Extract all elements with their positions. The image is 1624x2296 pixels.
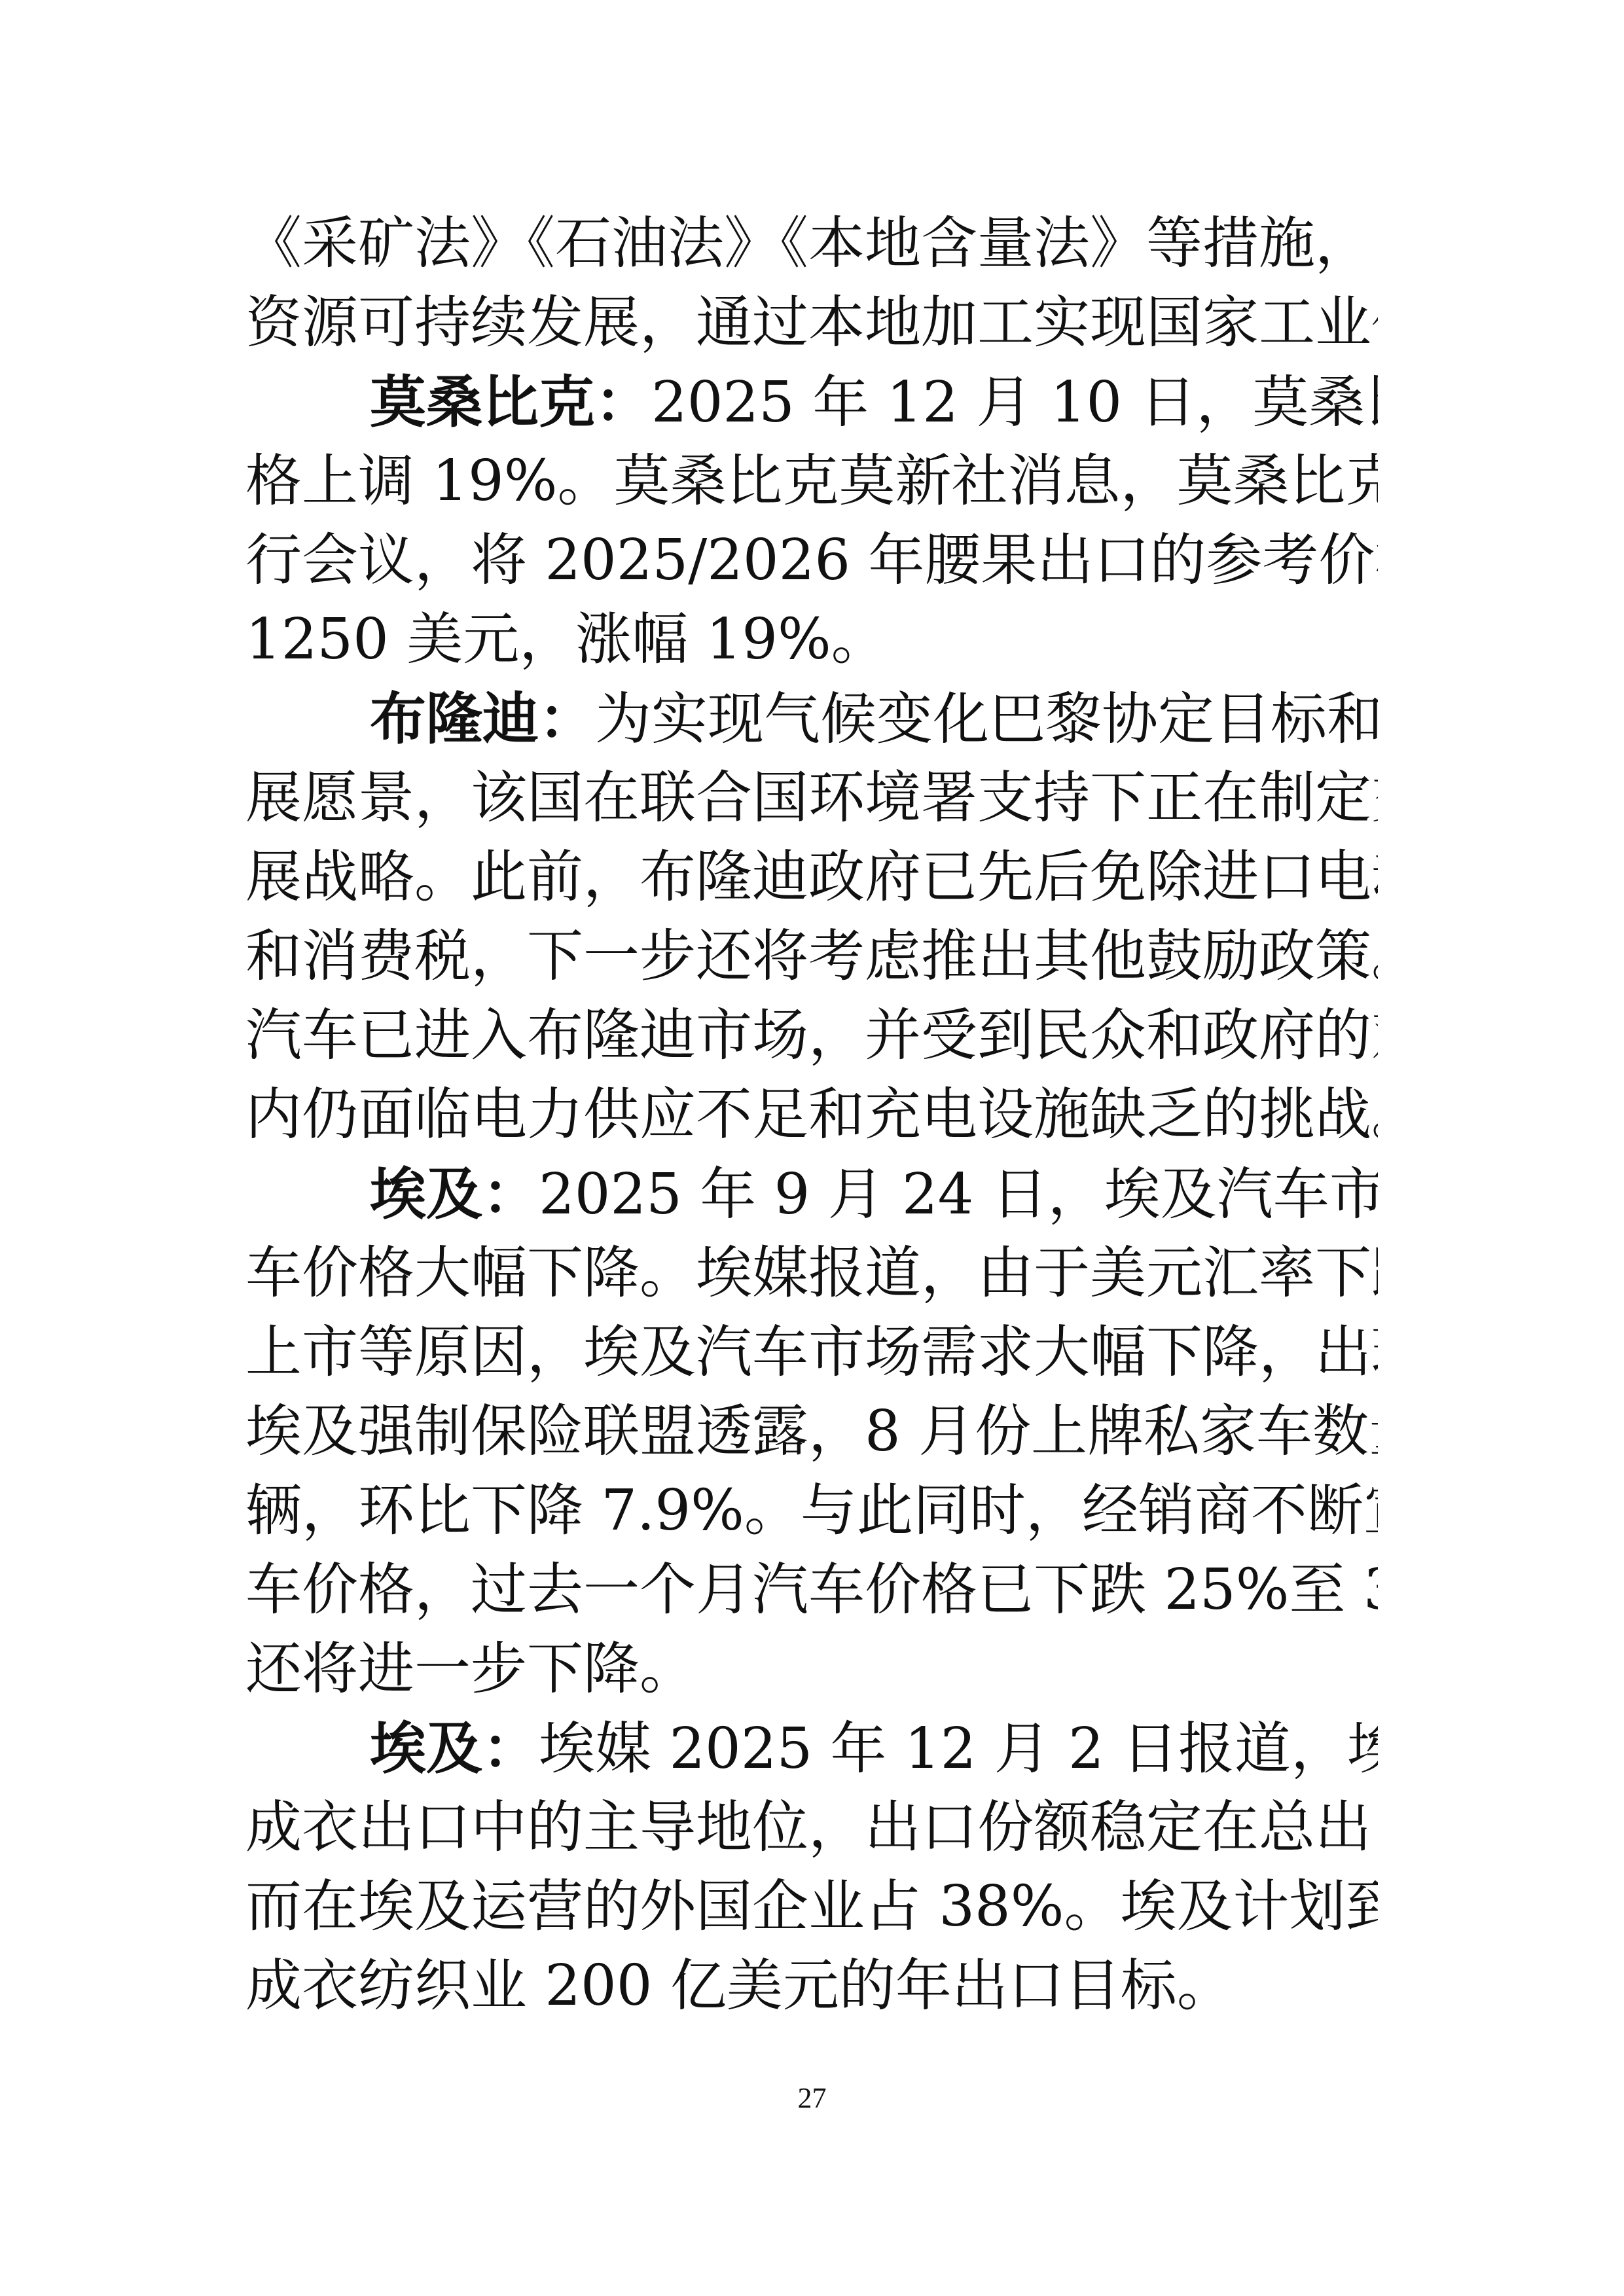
text-line: 而在埃及运营的外国企业占 38%。埃及计划到 2030 年实现 — [245, 1867, 1378, 1946]
document-page: 《采矿法》《石油法》《本地含量法》等措施，以实现自然 资源可持续发展，通过本地加… — [245, 204, 1378, 2026]
text-line: 展战略。此前，布隆迪政府已先后免除进口电动汽车增值税 — [245, 838, 1378, 917]
text-line: 布隆迪：为实现气候变化巴黎协定目标和布隆迪国家发 — [245, 679, 1378, 759]
paragraph-burundi: 布隆迪：为实现气候变化巴黎协定目标和布隆迪国家发 展愿景，该国在联合国环境署支持… — [245, 679, 1378, 1155]
country-label: 布隆迪： — [370, 686, 595, 752]
paragraph-mozambique: 莫桑比克：2025 年 12 月 10 日，莫桑比克将腰果出口价 格上调 19%… — [245, 363, 1378, 679]
text-line: 埃及强制保险联盟透露，8 月份上牌私家车数量达到 19550 — [245, 1392, 1378, 1471]
text-span: 埃媒 2025 年 12 月 2 日报道，埃及本土企业占据 — [539, 1716, 1378, 1782]
text-line: 展愿景，该国在联合国环境署支持下正在制定交通电动化发 — [245, 759, 1378, 838]
paragraph-egypt-garments: 埃及：埃媒 2025 年 12 月 2 日报道，埃及本土企业占据 成衣出口中的主… — [245, 1709, 1378, 2026]
text-line: 辆，环比下降 7.9%。与此同时，经销商不断宣布大幅降低新 — [245, 1471, 1378, 1551]
text-line: 上市等原因，埃及汽车市场需求大幅下降，出现供应过剩。 — [245, 1313, 1378, 1392]
text-line: 还将进一步下降。 — [245, 1630, 1378, 1709]
text-line: 车价格大幅下降。埃媒报道，由于美元汇率下跌、新车不断 — [245, 1234, 1378, 1313]
text-span: 为实现气候变化巴黎协定目标和布隆迪国家发 — [595, 687, 1378, 752]
text-line: 埃及：2025 年 9 月 24 日，埃及汽车市场出现衰退，汽 — [245, 1155, 1378, 1234]
text-line: 汽车已进入布隆迪市场，并受到民众和政府的欢迎，但短期 — [245, 996, 1378, 1075]
text-span: 2025 年 9 月 24 日，埃及汽车市场出现衰退，汽 — [539, 1162, 1378, 1227]
text-line: 格上调 19%。莫桑比克莫新社消息，莫桑比克油籽委员会举 — [245, 442, 1378, 521]
text-line: 行会议，将 2025/2026 年腰果出口的参考价格上调至每吨 — [245, 521, 1378, 600]
country-label: 埃及： — [370, 1161, 539, 1227]
text-line: 《采矿法》《石油法》《本地含量法》等措施，以实现自然 — [245, 204, 1378, 283]
text-line: 成衣纺织业 200 亿美元的年出口目标。 — [245, 1946, 1378, 2026]
text-line: 车价格，过去一个月汽车价格已下跌 25%至 30%，市场预计 — [245, 1551, 1378, 1630]
text-span: 2025 年 12 月 10 日，莫桑比克将腰果出口价 — [651, 370, 1378, 435]
text-line: 1250 美元，涨幅 19%。 — [245, 600, 1378, 679]
country-label: 莫桑比克： — [370, 369, 651, 435]
text-line: 成衣出口中的主导地位，出口份额稳定在总出口量的 62%， — [245, 1788, 1378, 1867]
paragraph-egypt-cars: 埃及：2025 年 9 月 24 日，埃及汽车市场出现衰退，汽 车价格大幅下降。… — [245, 1155, 1378, 1709]
text-line: 资源可持续发展，通过本地加工实现国家工业化。 — [245, 283, 1378, 363]
text-line: 内仍面临电力供应不足和充电设施缺乏的挑战。 — [245, 1075, 1378, 1155]
text-line: 和消费税，下一步还将考虑推出其他鼓励政策。目前，电动 — [245, 917, 1378, 996]
country-label: 埃及： — [370, 1715, 539, 1782]
text-line: 莫桑比克：2025 年 12 月 10 日，莫桑比克将腰果出口价 — [245, 363, 1378, 442]
text-line: 埃及：埃媒 2025 年 12 月 2 日报道，埃及本土企业占据 — [245, 1709, 1378, 1788]
page-number: 27 — [0, 2081, 1624, 2115]
paragraph-continuation: 《采矿法》《石油法》《本地含量法》等措施，以实现自然 资源可持续发展，通过本地加… — [245, 204, 1378, 363]
